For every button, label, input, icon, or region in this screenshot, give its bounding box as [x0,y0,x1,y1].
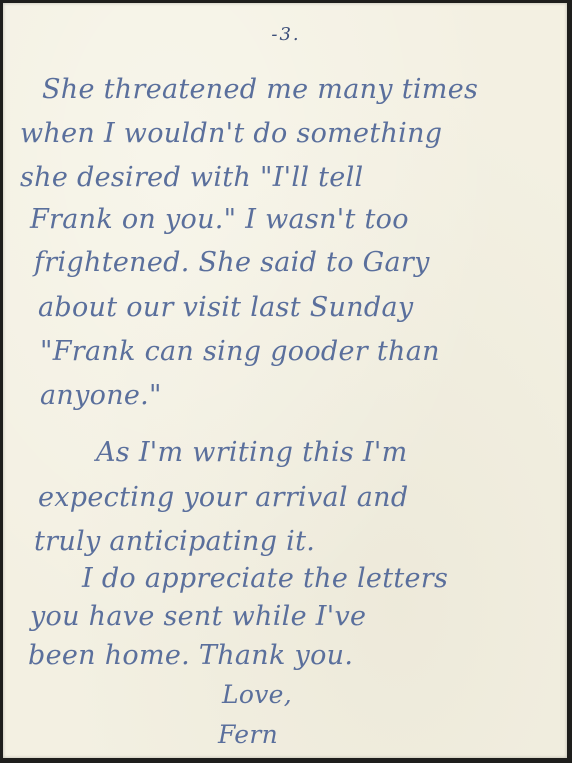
letter-line: been home. Thank you. [28,640,353,671]
letter-line: she desired with "I'll tell [20,162,363,193]
letter-line: about our visit last Sunday [38,292,413,323]
letter-line: you have sent while I've [30,601,366,632]
letter-line: As I'm writing this I'm [96,437,408,468]
letter-line: truly anticipating it. [34,526,315,557]
letter-closing: Love, [222,680,292,709]
letter-line: "Frank can sing gooder than [40,336,440,367]
letter-line: anyone." [40,380,162,411]
letter-line: frightened. She said to Gary [34,247,430,278]
letter-signature: Fern [218,720,278,749]
letter-line: I do appreciate the letters [82,563,448,594]
letter-line: She threatened me many times [42,74,478,105]
page-number: -3. [0,24,572,45]
letter-line: expecting your arrival and [38,482,408,513]
letter-line: Frank on you." I wasn't too [30,204,409,235]
letter-line: when I wouldn't do something [20,118,442,149]
